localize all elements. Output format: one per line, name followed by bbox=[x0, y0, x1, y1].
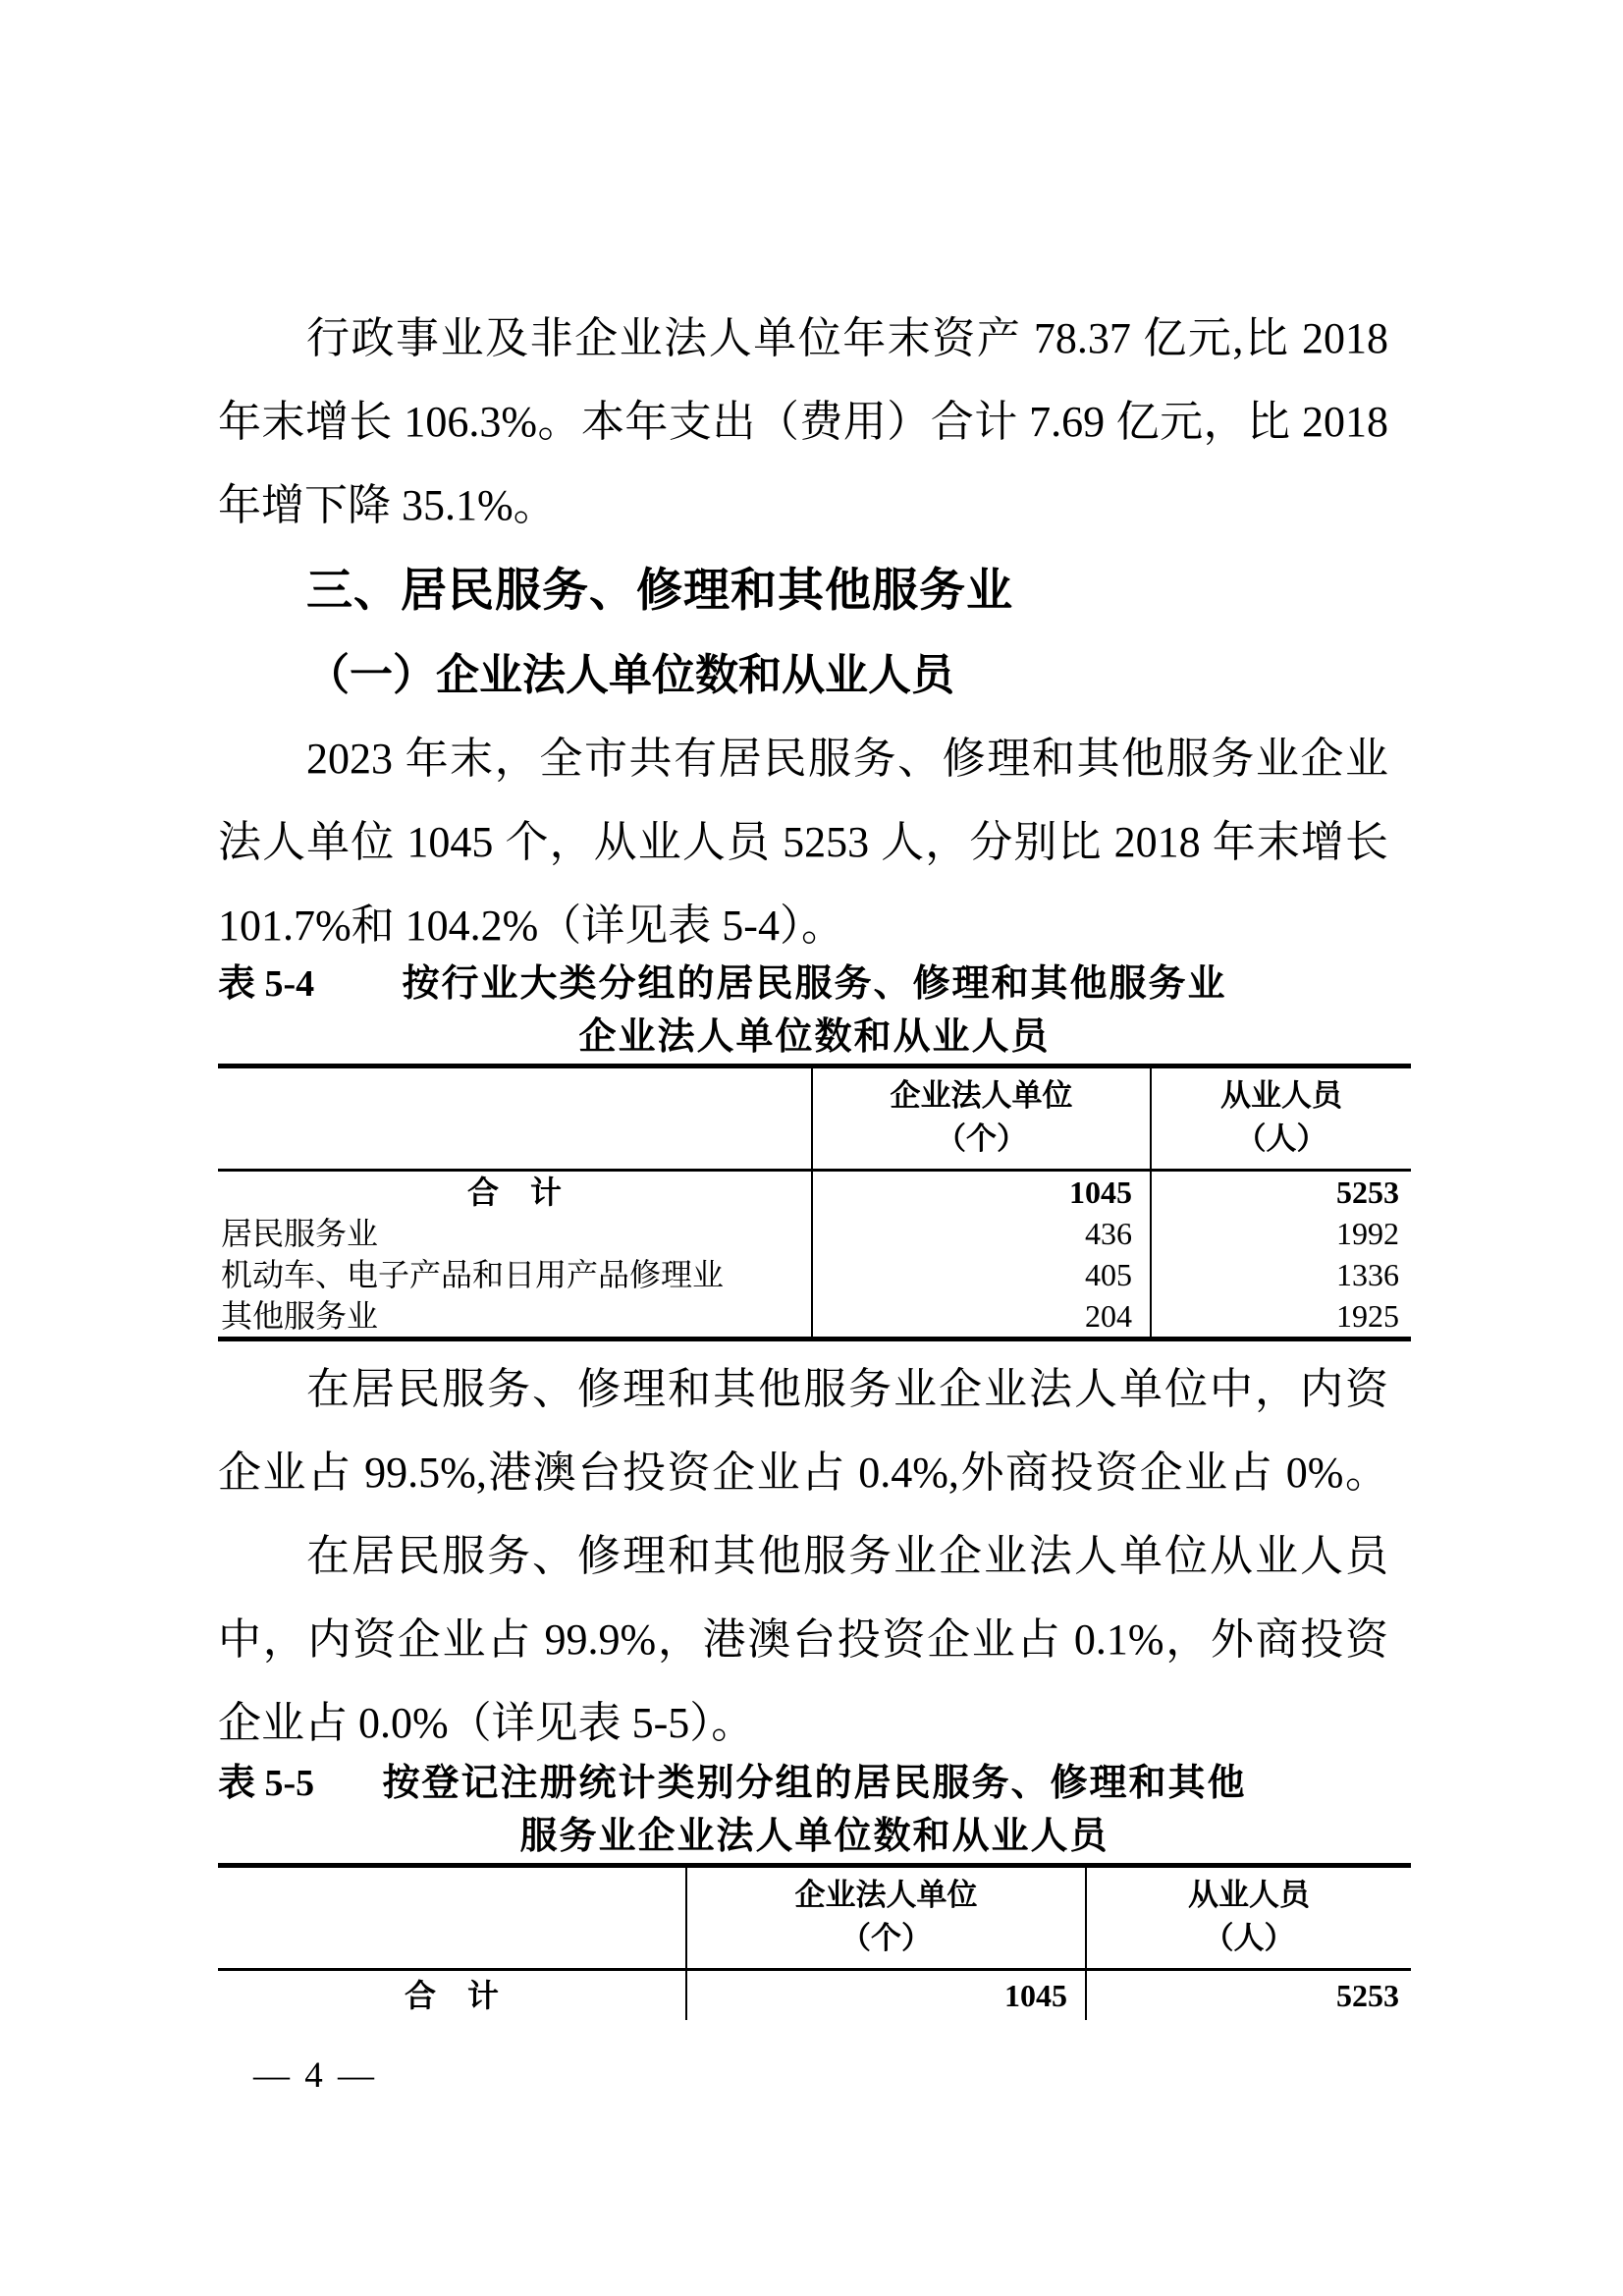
paragraph-line: 年增下降 35.1%。 bbox=[218, 464, 1388, 547]
paragraph-line: 中，内资企业占 99.9%，港澳台投资企业占 0.1%，外商投资 bbox=[218, 1598, 1388, 1681]
table-5-5: 企业法人单位 （个） 从业人员 （人） 合 计 1045 5253 bbox=[218, 1863, 1411, 2020]
table-row-persons: 1336 bbox=[1152, 1254, 1411, 1295]
table-row-persons: 1992 bbox=[1152, 1213, 1411, 1254]
paragraph-employee-composition: 在居民服务、修理和其他服务业企业法人单位从业人员 中，内资企业占 99.9%，港… bbox=[218, 1514, 1411, 1765]
column-header-persons-line2: （人） bbox=[1152, 1118, 1411, 1161]
paragraph-line: 在居民服务、修理和其他服务业企业法人单位中，内资 bbox=[218, 1347, 1388, 1431]
table-row-total-label: 合 计 bbox=[218, 1172, 813, 1213]
column-header-units-line2: （个） bbox=[813, 1118, 1150, 1161]
page-number: — 4 — bbox=[218, 2054, 1411, 2097]
table-5-4-header-empty bbox=[218, 1068, 813, 1172]
table-row-label: 其他服务业 bbox=[218, 1295, 813, 1337]
paragraph-overview: 2023 年末，全市共有居民服务、修理和其他服务业企业 法人单位 1045 个，… bbox=[218, 717, 1411, 967]
table-5-4: 企业法人单位 （个） 从业人员 （人） 合 计 1045 5253 居民服务业 … bbox=[218, 1064, 1411, 1341]
paragraph-line: 法人单位 1045 个，从业人员 5253 人，分别比 2018 年末增长 bbox=[218, 800, 1388, 884]
table-row-total-label: 合 计 bbox=[218, 1971, 687, 2020]
paragraph-line: 年末增长 106.3%。本年支出（费用）合计 7.69 亿元，比 2018 bbox=[218, 380, 1388, 464]
document-content: 行政事业及非企业法人单位年末资产 78.37 亿元,比 2018 年末增长 10… bbox=[218, 297, 1411, 2097]
table-row-units: 405 bbox=[813, 1254, 1152, 1295]
table-5-4-title-line2: 企业法人单位数和从业人员 bbox=[218, 1011, 1411, 1064]
table-row-total-units: 1045 bbox=[813, 1172, 1152, 1213]
table-5-4-header-persons: 从业人员 （人） bbox=[1152, 1068, 1411, 1172]
column-header-persons-line1: 从业人员 bbox=[1152, 1074, 1411, 1118]
table-row-label: 机动车、电子产品和日用产品修理业 bbox=[218, 1254, 813, 1295]
paragraph-line: 101.7%和 104.2%（详见表 5-4）。 bbox=[218, 884, 1388, 967]
column-header-persons-line1: 从业人员 bbox=[1087, 1874, 1411, 1917]
paragraph-unit-composition: 在居民服务、修理和其他服务业企业法人单位中，内资 企业占 99.5%,港澳台投资… bbox=[218, 1347, 1411, 1514]
section-heading: 三、居民服务、修理和其他服务业 bbox=[218, 547, 1411, 633]
paragraph-line: 企业占 0.0%（详见表 5-5）。 bbox=[218, 1681, 1388, 1765]
column-header-persons-line2: （人） bbox=[1087, 1917, 1411, 1960]
paragraph-line: 在居民服务、修理和其他服务业企业法人单位从业人员 bbox=[218, 1514, 1388, 1598]
column-header-units-line2: （个） bbox=[687, 1917, 1085, 1960]
table-5-5-title-line2: 服务业企业法人单位数和从业人员 bbox=[218, 1810, 1411, 1863]
paragraph-asset-growth: 行政事业及非企业法人单位年末资产 78.37 亿元,比 2018 年末增长 10… bbox=[218, 297, 1411, 547]
paragraph-line: 2023 年末，全市共有居民服务、修理和其他服务业企业 bbox=[218, 717, 1388, 800]
table-row-total-persons: 5253 bbox=[1087, 1971, 1411, 2020]
paragraph-line: 企业占 99.5%,港澳台投资企业占 0.4%,外商投资企业占 0%。 bbox=[218, 1431, 1388, 1514]
table-row-total-persons: 5253 bbox=[1152, 1172, 1411, 1213]
table-5-4-title-line1: 按行业大类分组的居民服务、修理和其他服务业 bbox=[218, 957, 1411, 1011]
column-header-units-line1: 企业法人单位 bbox=[687, 1874, 1085, 1917]
table-5-4-header-units: 企业法人单位 （个） bbox=[813, 1068, 1152, 1172]
paragraph-line: 行政事业及非企业法人单位年末资产 78.37 亿元,比 2018 bbox=[218, 297, 1388, 380]
table-5-4-label: 表 5-4 bbox=[218, 957, 314, 1011]
table-row-units: 436 bbox=[813, 1213, 1152, 1254]
table-row-total-units: 1045 bbox=[687, 1971, 1087, 2020]
document-page: 行政事业及非企业法人单位年末资产 78.37 亿元,比 2018 年末增长 10… bbox=[0, 0, 1623, 2296]
table-row-units: 204 bbox=[813, 1295, 1152, 1337]
table-row-label: 居民服务业 bbox=[218, 1213, 813, 1254]
table-5-5-header-persons: 从业人员 （人） bbox=[1087, 1868, 1411, 1971]
table-5-4-title: 表 5-4 按行业大类分组的居民服务、修理和其他服务业 企业法人单位数和从业人员 bbox=[218, 957, 1411, 1064]
sub-heading: （一）企业法人单位数和从业人员 bbox=[218, 633, 1411, 717]
table-5-5-label: 表 5-5 bbox=[218, 1757, 314, 1810]
table-row-persons: 1925 bbox=[1152, 1295, 1411, 1337]
table-5-5-header-units: 企业法人单位 （个） bbox=[687, 1868, 1087, 1971]
table-5-5-header-empty bbox=[218, 1868, 687, 1971]
column-header-units-line1: 企业法人单位 bbox=[813, 1074, 1150, 1118]
table-5-5-title: 表 5-5 按登记注册统计类别分组的居民服务、修理和其他 服务业企业法人单位数和… bbox=[218, 1757, 1411, 1863]
table-5-5-title-line1: 按登记注册统计类别分组的居民服务、修理和其他 bbox=[218, 1757, 1411, 1810]
